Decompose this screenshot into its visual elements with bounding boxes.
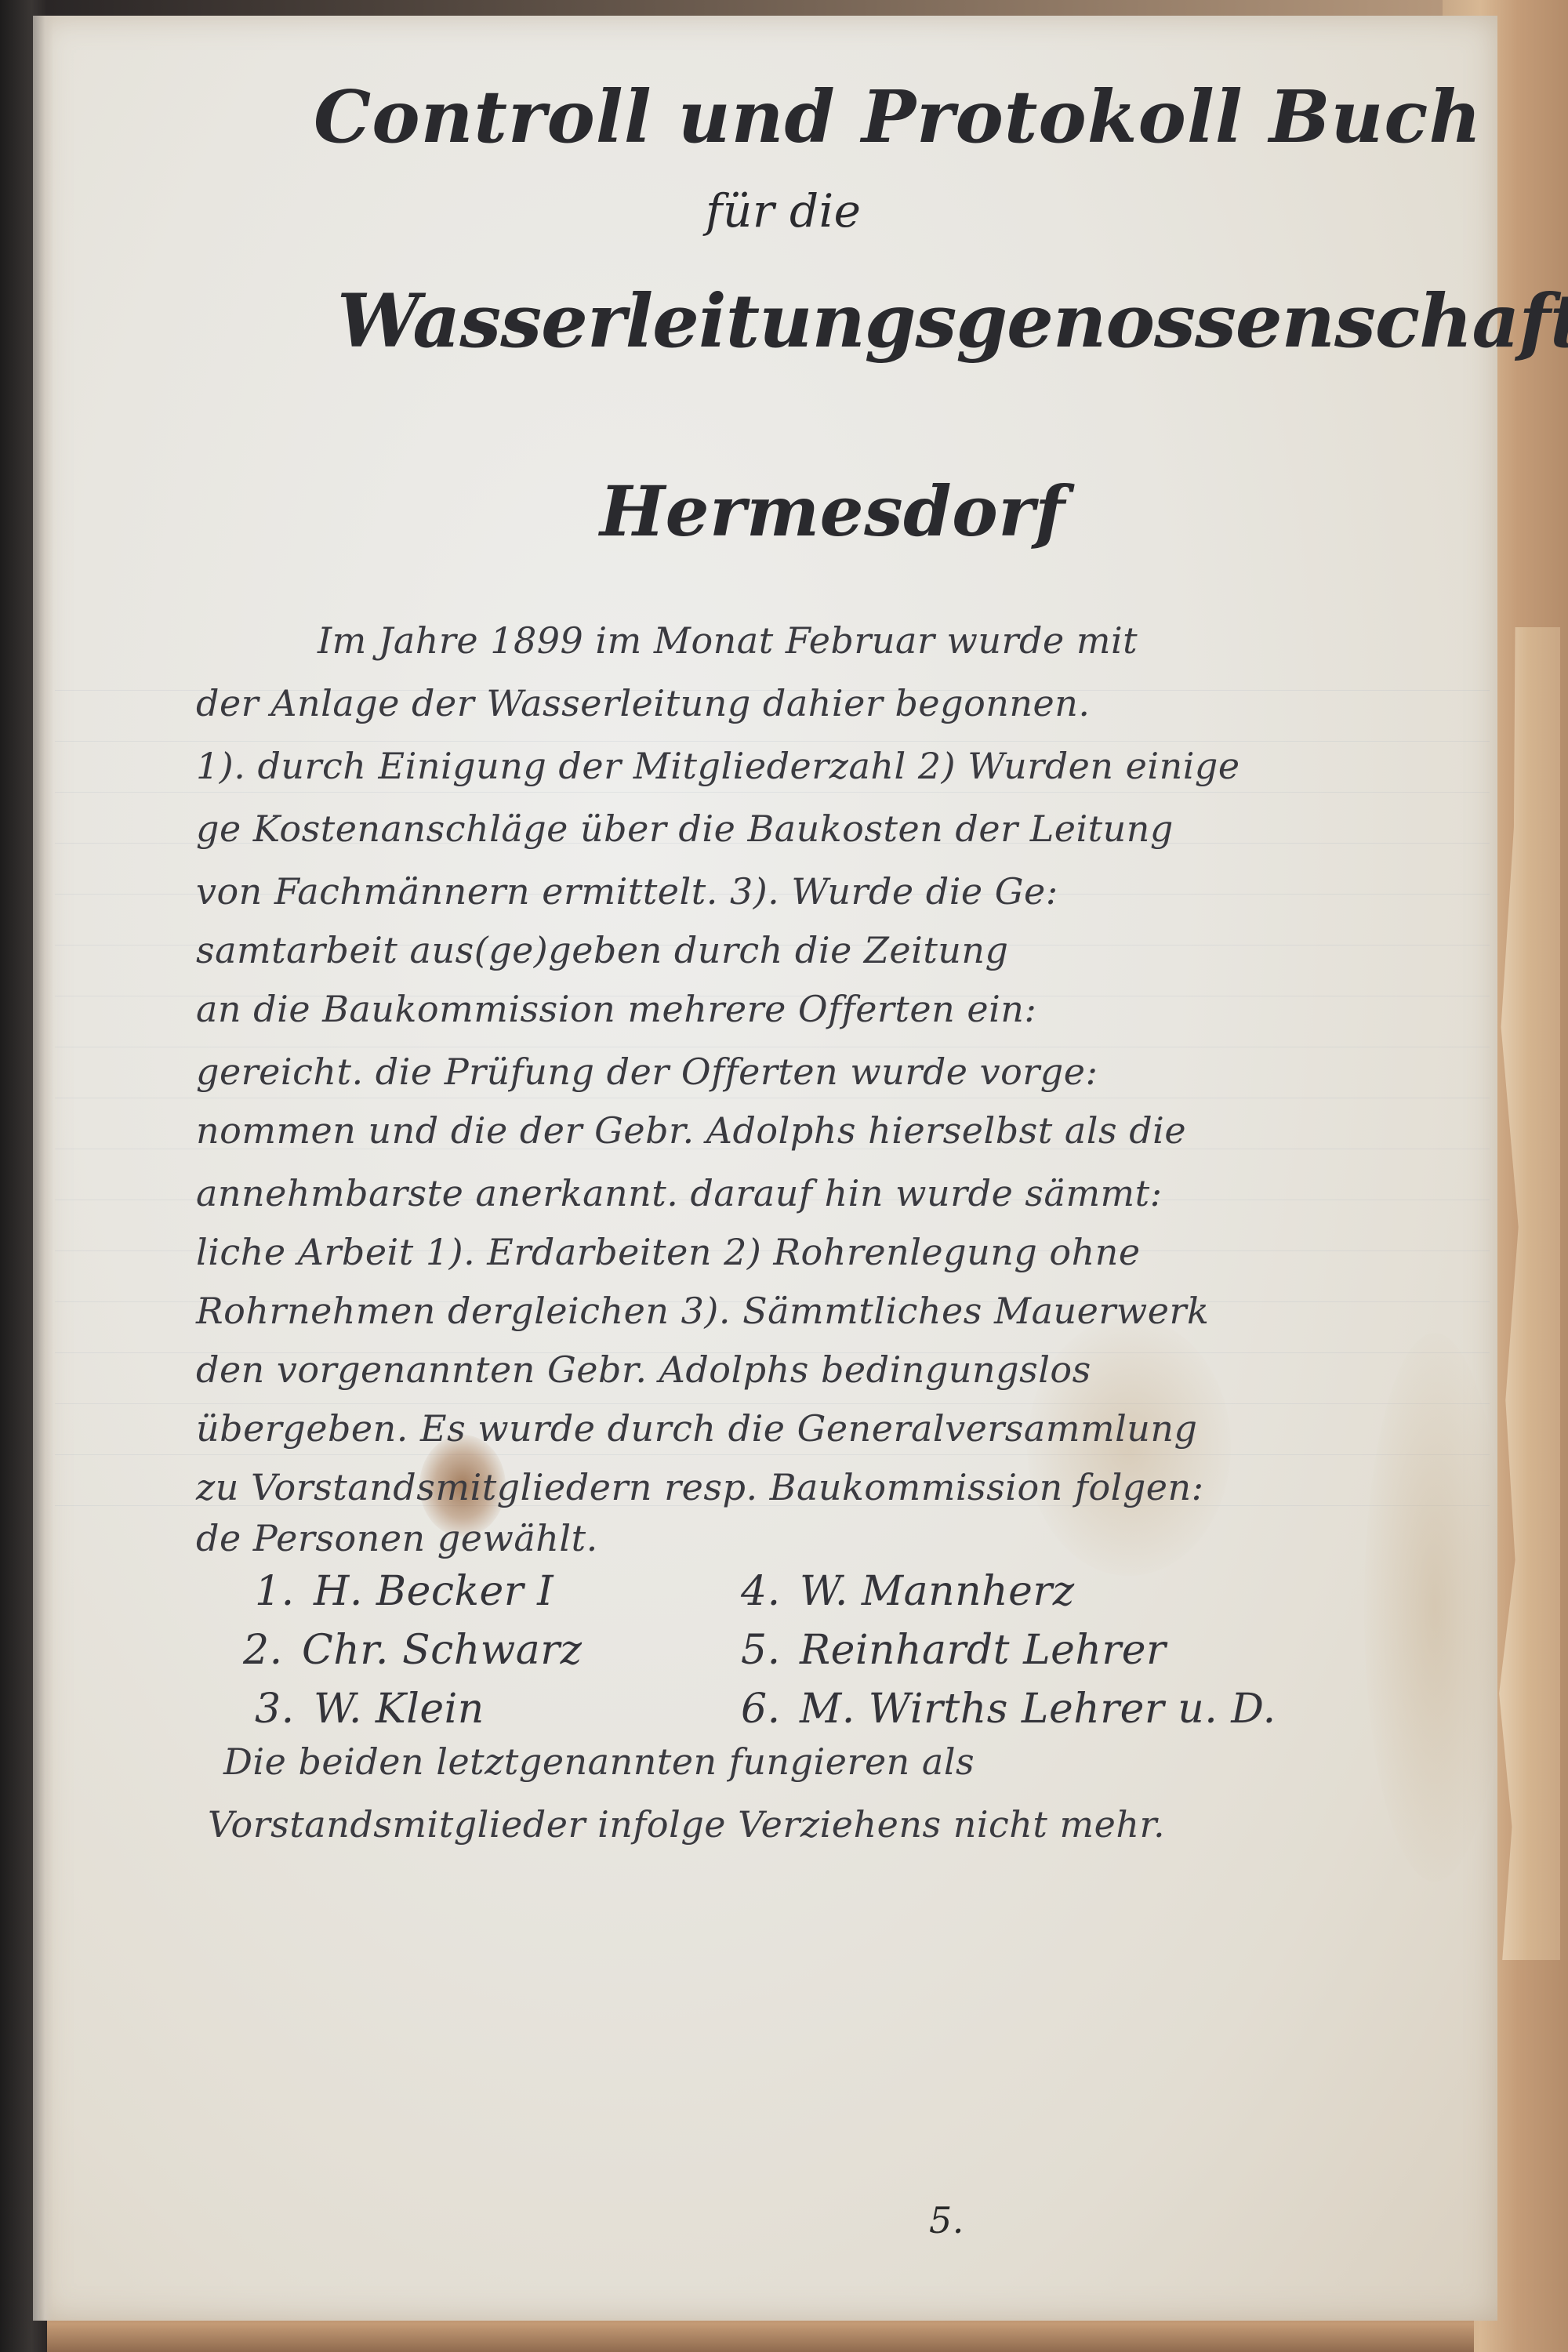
body-line: an die Baukommission mehrere Offerten ei…: [196, 988, 1036, 1030]
document-title-line-3: Wasserleitungsgenossenschaft: [337, 278, 1568, 365]
member-number: 5.: [741, 1627, 781, 1674]
document-title-line-2: für die: [706, 184, 862, 238]
ruling-line: [55, 741, 1490, 742]
ruling-line: [55, 1403, 1490, 1404]
body-line: Rohrnehmen dergleichen 3). Sämmtliches M…: [196, 1290, 1209, 1332]
member-name: W. Mannherz: [800, 1568, 1075, 1615]
body-line: zu Vorstandsmitgliedern resp. Baukommiss…: [196, 1466, 1204, 1508]
body-line: 1). durch Einigung der Mitgliederzahl 2)…: [196, 745, 1240, 787]
member-name: Reinhardt Lehrer: [800, 1627, 1166, 1674]
ruling-line: [55, 1098, 1490, 1098]
ruling-line: [55, 1047, 1490, 1047]
body-line: Im Jahre 1899 im Monat Februar wurde mit: [318, 619, 1138, 662]
body-line: übergeben. Es wurde durch die Generalver…: [196, 1407, 1197, 1450]
body-line: gereicht. die Prüfung der Offerten wurde…: [196, 1051, 1098, 1093]
page-number: 5.: [929, 2199, 964, 2241]
member-name: M. Wirths Lehrer u. D.: [800, 1686, 1276, 1733]
body-line: nommen und die der Gebr. Adolphs hiersel…: [196, 1109, 1186, 1152]
body-line: liche Arbeit 1). Erdarbeiten 2) Rohrenle…: [196, 1231, 1141, 1273]
ruling-line: [55, 1454, 1490, 1455]
document-title-line-1: Controll und Protokoll Buch: [314, 74, 1482, 159]
body-line: der Anlage der Wasserleitung dahier bego…: [196, 682, 1091, 724]
body-line: von Fachmännern ermittelt. 3). Wurde die…: [196, 870, 1058, 913]
closing-line: Die beiden letztgenannten fungieren als: [223, 1740, 975, 1783]
body-line: ge Kostenanschläge über die Baukosten de…: [196, 808, 1174, 850]
document-title-place: Hermesdorf: [600, 470, 1065, 552]
member-name: W. Klein: [314, 1686, 485, 1733]
page-gutter: [33, 16, 53, 2321]
member-name: Chr. Schwarz: [302, 1627, 582, 1674]
body-line: den vorgenannten Gebr. Adolphs bedingung…: [196, 1348, 1091, 1391]
closing-line: Vorstandsmitglieder infolge Verziehens n…: [208, 1803, 1165, 1846]
member-number: 1.: [255, 1568, 295, 1615]
member-name: H. Becker I: [314, 1568, 554, 1615]
body-line: annehmbarste anerkannt. darauf hin wurde…: [196, 1172, 1163, 1214]
edge-discoloration: [1364, 1333, 1505, 1882]
member-number: 4.: [741, 1568, 781, 1615]
body-line: samtarbeit aus(ge)geben durch die Zeitun…: [196, 929, 1009, 971]
body-line: de Personen gewählt.: [196, 1517, 598, 1559]
member-number: 2.: [243, 1627, 283, 1674]
ruling-line: [55, 792, 1490, 793]
member-number: 3.: [255, 1686, 295, 1733]
member-number: 6.: [741, 1686, 781, 1733]
